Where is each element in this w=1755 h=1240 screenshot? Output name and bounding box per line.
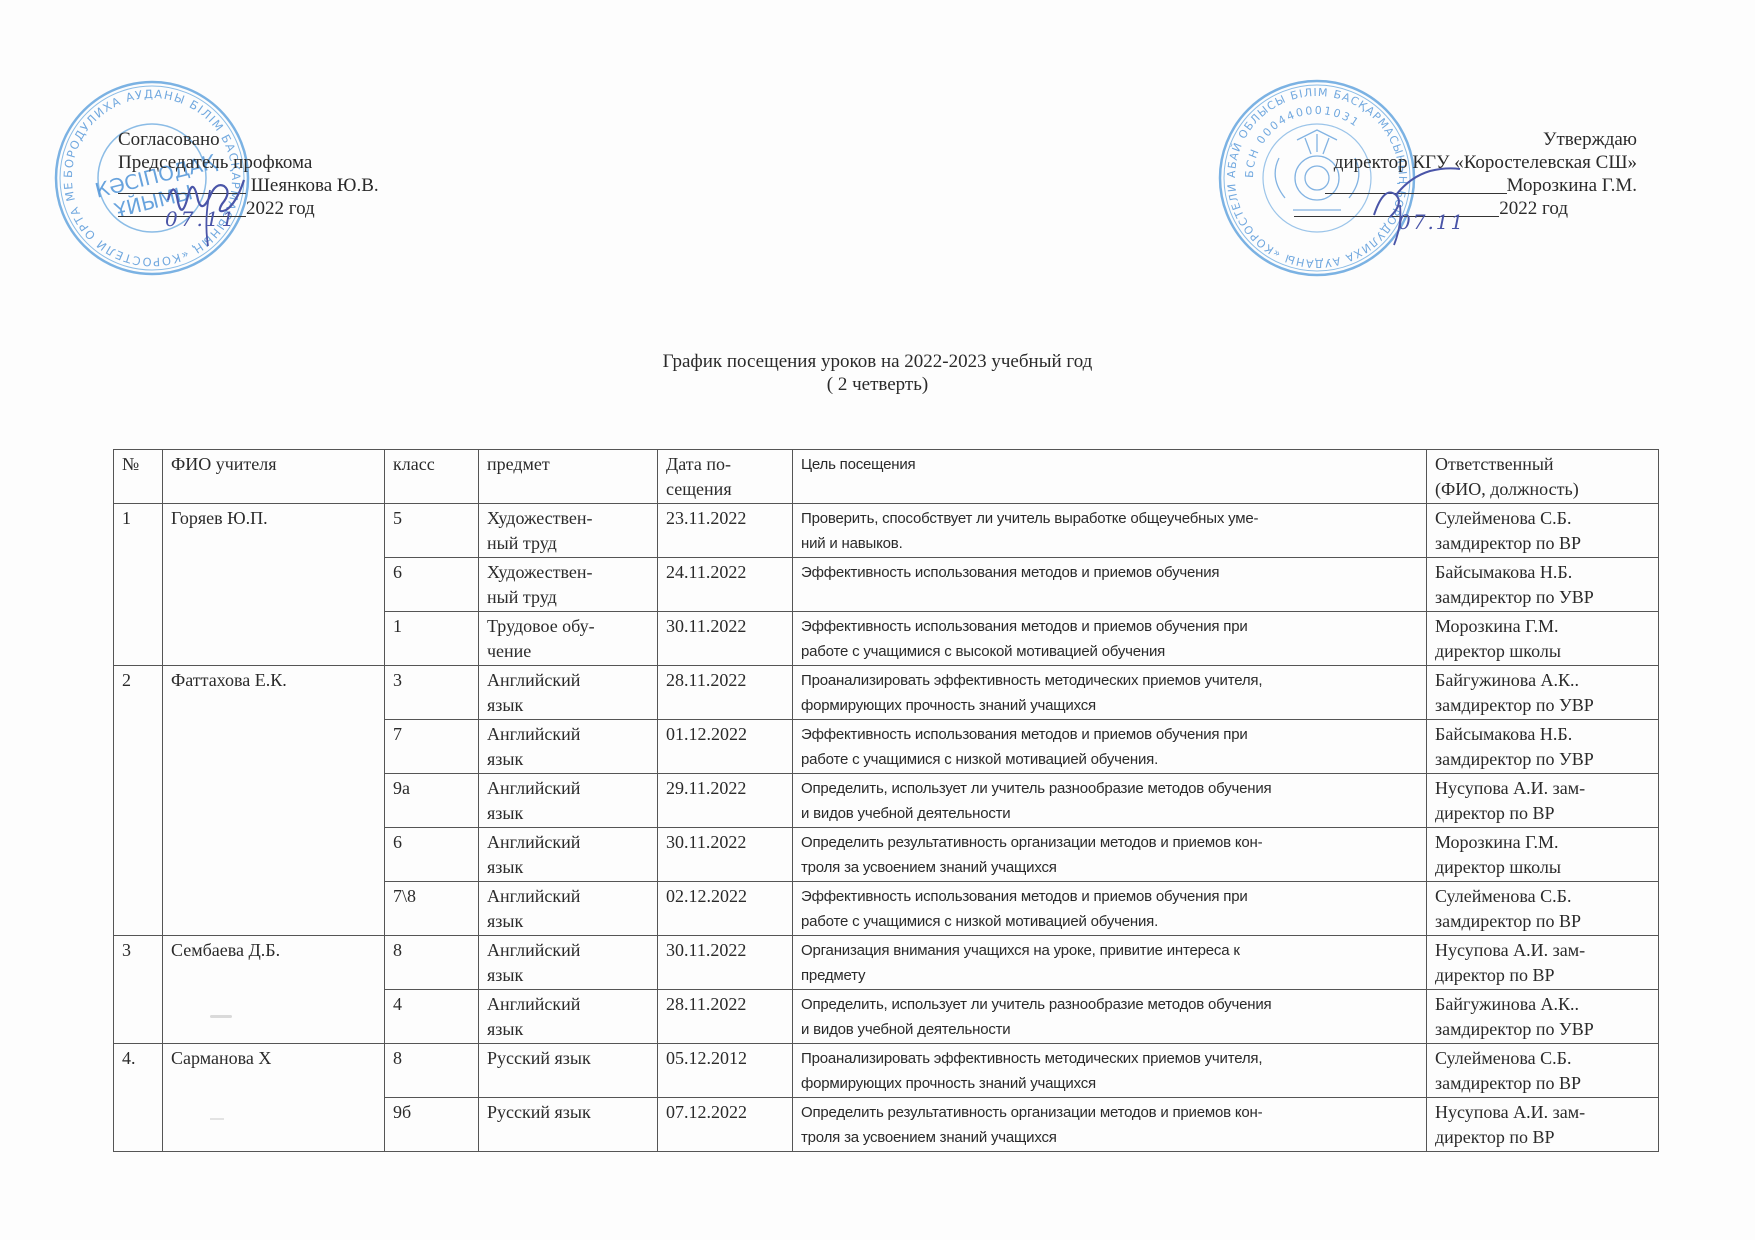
- cell-goal: Определить результативность организации …: [793, 1098, 1427, 1152]
- cell-class: 7: [385, 720, 479, 774]
- document-title: График посещения уроков на 2022-2023 уче…: [0, 350, 1755, 373]
- cell-subject: Английский язык: [479, 936, 658, 990]
- cell-teacher: Сембаева Д.Б.: [163, 936, 385, 1044]
- cell-responsible: Сулейменова С.Б. замдиректор по ВР: [1427, 1044, 1659, 1098]
- cell-responsible: Байсымакова Н.Б. замдиректор по УВР: [1427, 558, 1659, 612]
- cell-goal: Эффективность использования методов и пр…: [793, 558, 1427, 612]
- header-subject: предмет: [479, 450, 658, 504]
- cell-num: 2: [114, 666, 163, 936]
- approval-left-year: 2022 год: [246, 198, 315, 219]
- table-row: 1Горяев Ю.П.5Художествен- ный труд23.11.…: [114, 504, 1659, 558]
- header-goal: Цель посещения: [793, 450, 1427, 504]
- approval-right-label: Утверждаю: [1262, 128, 1637, 151]
- cell-goal: Эффективность использования методов и пр…: [793, 882, 1427, 936]
- cell-teacher: Горяев Ю.П.: [163, 504, 385, 666]
- cell-date: 29.11.2022: [658, 774, 793, 828]
- cell-goal: Проверить, способствует ли учитель выраб…: [793, 504, 1427, 558]
- cell-class: 8: [385, 1044, 479, 1098]
- cell-date: 24.11.2022: [658, 558, 793, 612]
- header-class: класс: [385, 450, 479, 504]
- visit-schedule-table: № ФИО учителя класс предмет Дата по- сещ…: [113, 449, 1659, 1152]
- cell-date: 23.11.2022: [658, 504, 793, 558]
- cell-class: 6: [385, 828, 479, 882]
- cell-goal: Организация внимания учащихся на уроке, …: [793, 936, 1427, 990]
- cell-date: 30.11.2022: [658, 936, 793, 990]
- cell-subject: Английский язык: [479, 774, 658, 828]
- signature-line: [1325, 175, 1507, 194]
- cell-subject: Английский язык: [479, 666, 658, 720]
- cell-subject: Английский язык: [479, 828, 658, 882]
- cell-responsible: Морозкина Г.М. директор школы: [1427, 828, 1659, 882]
- header-num: №: [114, 450, 163, 504]
- cell-subject: Английский язык: [479, 882, 658, 936]
- cell-date: 28.11.2022: [658, 666, 793, 720]
- cell-class: 4: [385, 990, 479, 1044]
- cell-class: 6: [385, 558, 479, 612]
- cell-responsible: Нусупова А.И. зам- директор по ВР: [1427, 774, 1659, 828]
- cell-goal: Определить, использует ли учитель разноо…: [793, 774, 1427, 828]
- cell-responsible: Байгужинова А.К.. замдиректор по УВР: [1427, 666, 1659, 720]
- cell-class: 8: [385, 936, 479, 990]
- cell-subject: Трудовое обу- чение: [479, 612, 658, 666]
- signature-line: [118, 175, 246, 194]
- approval-left-name: Шеянкова Ю.В.: [251, 175, 379, 196]
- cell-responsible: Байсымакова Н.Б. замдиректор по УВР: [1427, 720, 1659, 774]
- cell-date: 07.12.2022: [658, 1098, 793, 1152]
- cell-subject: Английский язык: [479, 720, 658, 774]
- date-line: [118, 198, 246, 217]
- header-teacher: ФИО учителя: [163, 450, 385, 504]
- cell-num: 3: [114, 936, 163, 1044]
- cell-date: 05.12.2012: [658, 1044, 793, 1098]
- cell-teacher: Сарманова Х: [163, 1044, 385, 1152]
- cell-class: 5: [385, 504, 479, 558]
- cell-subject: Художествен- ный труд: [479, 504, 658, 558]
- cell-date: 30.11.2022: [658, 612, 793, 666]
- header-responsible: Ответственный (ФИО, должность): [1427, 450, 1659, 504]
- cell-num: 4.: [114, 1044, 163, 1152]
- approval-left-position: Председатель профкома: [118, 151, 379, 174]
- approval-right-year: 2022 год: [1499, 198, 1568, 219]
- cell-date: 02.12.2022: [658, 882, 793, 936]
- approval-left: Согласовано Председатель профкома Шеянко…: [118, 128, 379, 220]
- table-row: 4.Сарманова Х8Русский язык05.12.2012Проа…: [114, 1044, 1659, 1098]
- approval-right: Утверждаю директор КГУ «Коростелевская С…: [1262, 128, 1637, 220]
- cell-subject: Русский язык: [479, 1044, 658, 1098]
- cell-subject: Английский язык: [479, 990, 658, 1044]
- approval-right-position: директор КГУ «Коростелевская СШ»: [1262, 151, 1637, 174]
- approval-left-label: Согласовано: [118, 128, 379, 151]
- cell-num: 1: [114, 504, 163, 666]
- cell-date: 30.11.2022: [658, 828, 793, 882]
- cell-date: 01.12.2022: [658, 720, 793, 774]
- cell-subject: Русский язык: [479, 1098, 658, 1152]
- cell-goal: Эффективность использования методов и пр…: [793, 612, 1427, 666]
- table-row: 2Фаттахова Е.К.3Английский язык28.11.202…: [114, 666, 1659, 720]
- table-row: 3Сембаева Д.Б.8Английский язык30.11.2022…: [114, 936, 1659, 990]
- cell-goal: Проанализировать эффективность методичес…: [793, 1044, 1427, 1098]
- cell-teacher: Фаттахова Е.К.: [163, 666, 385, 936]
- cell-class: 9а: [385, 774, 479, 828]
- cell-goal: Эффективность использования методов и пр…: [793, 720, 1427, 774]
- cell-class: 1: [385, 612, 479, 666]
- cell-responsible: Морозкина Г.М. директор школы: [1427, 612, 1659, 666]
- cell-responsible: Сулейменова С.Б. замдиректор по ВР: [1427, 504, 1659, 558]
- cell-subject: Художествен- ный труд: [479, 558, 658, 612]
- cell-responsible: Нусупова А.И. зам- директор по ВР: [1427, 936, 1659, 990]
- table-header-row: № ФИО учителя класс предмет Дата по- сещ…: [114, 450, 1659, 504]
- cell-date: 28.11.2022: [658, 990, 793, 1044]
- approval-right-name: Морозкина Г.М.: [1507, 175, 1637, 196]
- date-line: [1294, 198, 1499, 217]
- cell-responsible: Сулейменова С.Б. замдиректор по ВР: [1427, 882, 1659, 936]
- cell-responsible: Байгужинова А.К.. замдиректор по УВР: [1427, 990, 1659, 1044]
- cell-goal: Проанализировать эффективность методичес…: [793, 666, 1427, 720]
- cell-class: 3: [385, 666, 479, 720]
- cell-class: 7\8: [385, 882, 479, 936]
- cell-goal: Определить результативность организации …: [793, 828, 1427, 882]
- cell-class: 9б: [385, 1098, 479, 1152]
- header-date: Дата по- сещения: [658, 450, 793, 504]
- cell-responsible: Нусупова А.И. зам- директор по ВР: [1427, 1098, 1659, 1152]
- document-subtitle: ( 2 четверть): [0, 373, 1755, 396]
- cell-goal: Определить, использует ли учитель разноо…: [793, 990, 1427, 1044]
- document-title-block: График посещения уроков на 2022-2023 уче…: [0, 350, 1755, 396]
